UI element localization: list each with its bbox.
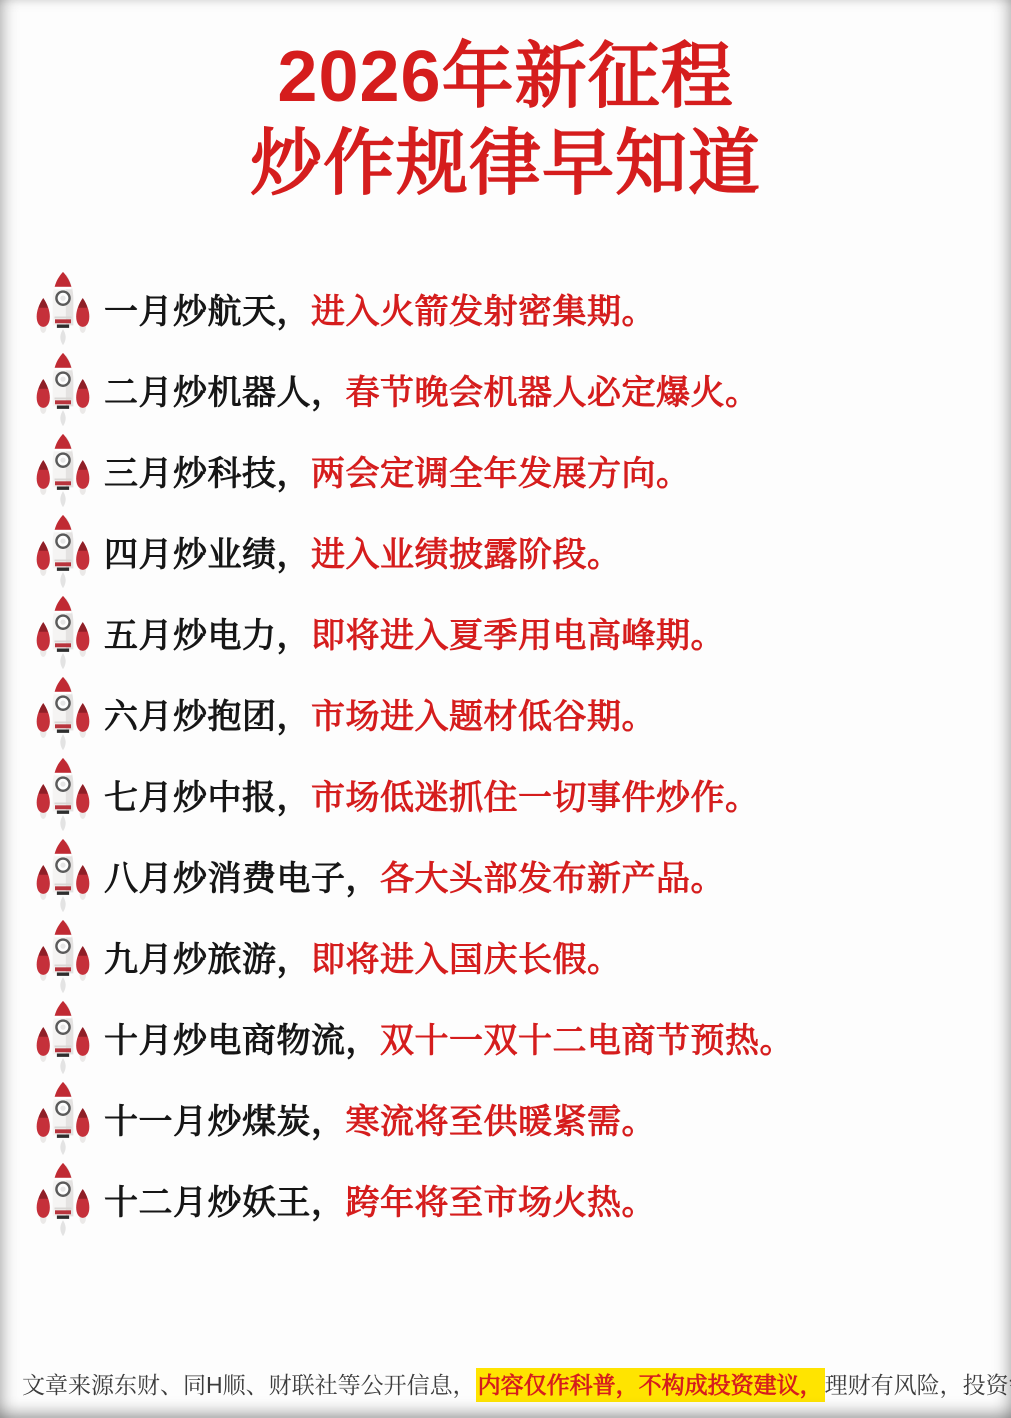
month-topic: 五月炒电力， [104,617,311,655]
month-text: 九月炒旅游，即将进入国庆长假。 [104,932,622,981]
month-detail: 寒流将至供暖紧需。 [346,1103,657,1141]
month-detail: 即将进入夏季用电高峰期。 [311,617,725,655]
month-row-august: 八月炒消费电子，各大头部发布新产品。 [30,835,1011,916]
disclaimer-footer: 文章来源东财、同H顺、财联社等公开信息，内容仅作科普，不构成投资建议，理财有风险… [22,1367,1003,1400]
month-detail: 跨年将至市场火热。 [346,1184,657,1222]
rocket-icon [30,835,96,916]
month-detail: 春节晚会机器人必定爆火。 [346,374,760,412]
month-row-may: 五月炒电力，即将进入夏季用电高峰期。 [30,592,1011,673]
title-line-2: 炒作规律早知道 [0,121,1011,208]
month-row-september: 九月炒旅游，即将进入国庆长假。 [30,916,1011,997]
month-topic: 三月炒科技， [104,455,311,493]
month-text: 四月炒业绩，进入业绩披露阶段。 [104,527,622,576]
month-text: 一月炒航天，进入火箭发射密集期。 [104,284,656,333]
month-detail: 两会定调全年发展方向。 [311,455,691,493]
month-topic: 四月炒业绩， [104,536,311,574]
month-text: 三月炒科技，两会定调全年发展方向。 [104,446,691,495]
month-row-december: 十二月炒妖王，跨年将至市场火热。 [30,1159,1011,1240]
month-row-january: 一月炒航天，进入火箭发射密集期。 [30,268,1011,349]
month-detail: 各大头部发布新产品。 [380,860,725,898]
month-text: 十一月炒煤炭，寒流将至供暖紧需。 [104,1094,656,1143]
month-topic: 一月炒航天， [104,293,311,331]
month-row-july: 七月炒中报，市场低迷抓住一切事件炒作。 [30,754,1011,835]
rocket-icon [30,592,96,673]
month-topic: 十月炒电商物流， [104,1022,380,1060]
rocket-icon [30,1159,96,1240]
month-text: 十二月炒妖王，跨年将至市场火热。 [104,1175,656,1224]
month-row-february: 二月炒机器人，春节晚会机器人必定爆火。 [30,349,1011,430]
month-detail: 即将进入国庆长假。 [311,941,622,979]
title-line-1: 2026年新征程 [0,34,1011,121]
month-row-june: 六月炒抱团，市场进入题材低谷期。 [30,673,1011,754]
month-text: 十月炒电商物流，双十一双十二电商节预热。 [104,1013,794,1062]
month-topic: 九月炒旅游， [104,941,311,979]
month-text: 二月炒机器人，春节晚会机器人必定爆火。 [104,365,760,414]
month-topic: 八月炒消费电子， [104,860,380,898]
month-row-november: 十一月炒煤炭，寒流将至供暖紧需。 [30,1078,1011,1159]
rocket-icon [30,349,96,430]
page-title: 2026年新征程 炒作规律早知道 [0,0,1011,208]
rocket-icon [30,754,96,835]
rocket-icon [30,997,96,1078]
month-detail: 市场低迷抓住一切事件炒作。 [311,779,760,817]
month-topic: 六月炒抱团， [104,698,311,736]
month-text: 六月炒抱团，市场进入题材低谷期。 [104,689,656,738]
rocket-icon [30,430,96,511]
month-row-april: 四月炒业绩，进入业绩披露阶段。 [30,511,1011,592]
rocket-icon [30,916,96,997]
rocket-icon [30,511,96,592]
disclaimer-source: 文章来源东财、同H顺、财联社等公开信息， [22,1372,476,1398]
month-detail: 双十一双十二电商节预热。 [380,1022,794,1060]
disclaimer-risk: 理财有风险，投资需谨慎。 [825,1372,1011,1398]
rocket-icon [30,673,96,754]
rocket-icon [30,1078,96,1159]
month-text: 五月炒电力，即将进入夏季用电高峰期。 [104,608,725,657]
month-row-march: 三月炒科技，两会定调全年发展方向。 [30,430,1011,511]
disclaimer-highlight: 内容仅作科普，不构成投资建议， [476,1368,825,1402]
infographic-poster: 2026年新征程 炒作规律早知道 一月炒航天，进入火箭发射密集期。 二月炒机器人… [0,0,1011,1418]
month-detail: 进入火箭发射密集期。 [311,293,656,331]
month-row-october: 十月炒电商物流，双十一双十二电商节预热。 [30,997,1011,1078]
month-topic: 十一月炒煤炭， [104,1103,346,1141]
month-detail: 市场进入题材低谷期。 [311,698,656,736]
month-text: 八月炒消费电子，各大头部发布新产品。 [104,851,725,900]
month-topic: 二月炒机器人， [104,374,346,412]
rocket-icon [30,268,96,349]
month-topic: 十二月炒妖王， [104,1184,346,1222]
month-list: 一月炒航天，进入火箭发射密集期。 二月炒机器人，春节晚会机器人必定爆火。 三月炒… [0,268,1011,1240]
month-detail: 进入业绩披露阶段。 [311,536,622,574]
month-topic: 七月炒中报， [104,779,311,817]
month-text: 七月炒中报，市场低迷抓住一切事件炒作。 [104,770,760,819]
